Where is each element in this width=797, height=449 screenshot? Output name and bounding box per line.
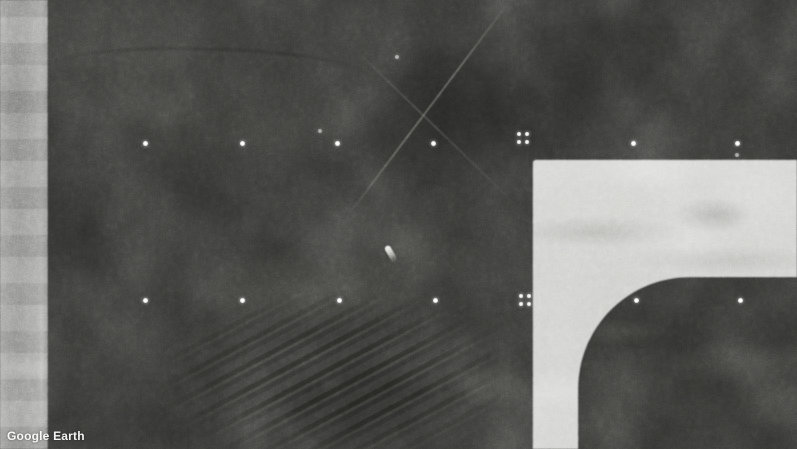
- marker-light: [631, 141, 636, 146]
- marker-light: [143, 298, 148, 303]
- marker-light: [634, 298, 639, 303]
- marker-light: [517, 132, 521, 136]
- faint-track-line: [41, 44, 372, 109]
- marker-light: [519, 294, 523, 298]
- noise-overlay-low: [0, 0, 797, 449]
- infield-island: [578, 277, 797, 449]
- marker-light: [527, 302, 531, 306]
- bright-object-streak: [384, 245, 398, 264]
- marker-light: [318, 129, 322, 133]
- diagonal-track-2: [354, 48, 522, 210]
- satellite-imagery-canvas[interactable]: Google Earth: [0, 0, 797, 449]
- marker-light: [527, 294, 531, 298]
- marker-light: [735, 141, 740, 146]
- terrain-ground: [0, 0, 797, 449]
- runway-apron-pavement: [533, 160, 797, 449]
- marker-light: [240, 141, 245, 146]
- marker-light: [335, 141, 340, 146]
- graded-road-strip: [0, 0, 48, 449]
- marker-light: [517, 140, 521, 144]
- marker-light: [519, 302, 523, 306]
- diagonal-track-1: [344, 0, 511, 220]
- marker-light: [433, 298, 438, 303]
- marker-light: [525, 132, 529, 136]
- marker-light: [735, 153, 739, 157]
- marker-light: [431, 141, 436, 146]
- furrowed-ground-texture: [160, 290, 500, 449]
- marker-lights-layer: [0, 0, 797, 449]
- marker-light: [240, 298, 245, 303]
- marker-light: [395, 55, 399, 59]
- marker-light: [738, 298, 743, 303]
- marker-light: [143, 141, 148, 146]
- noise-overlay-mid: [0, 0, 797, 449]
- noise-overlay-fine: [0, 0, 797, 449]
- marker-light: [337, 298, 342, 303]
- google-earth-watermark: Google Earth: [7, 429, 85, 443]
- marker-light: [525, 140, 529, 144]
